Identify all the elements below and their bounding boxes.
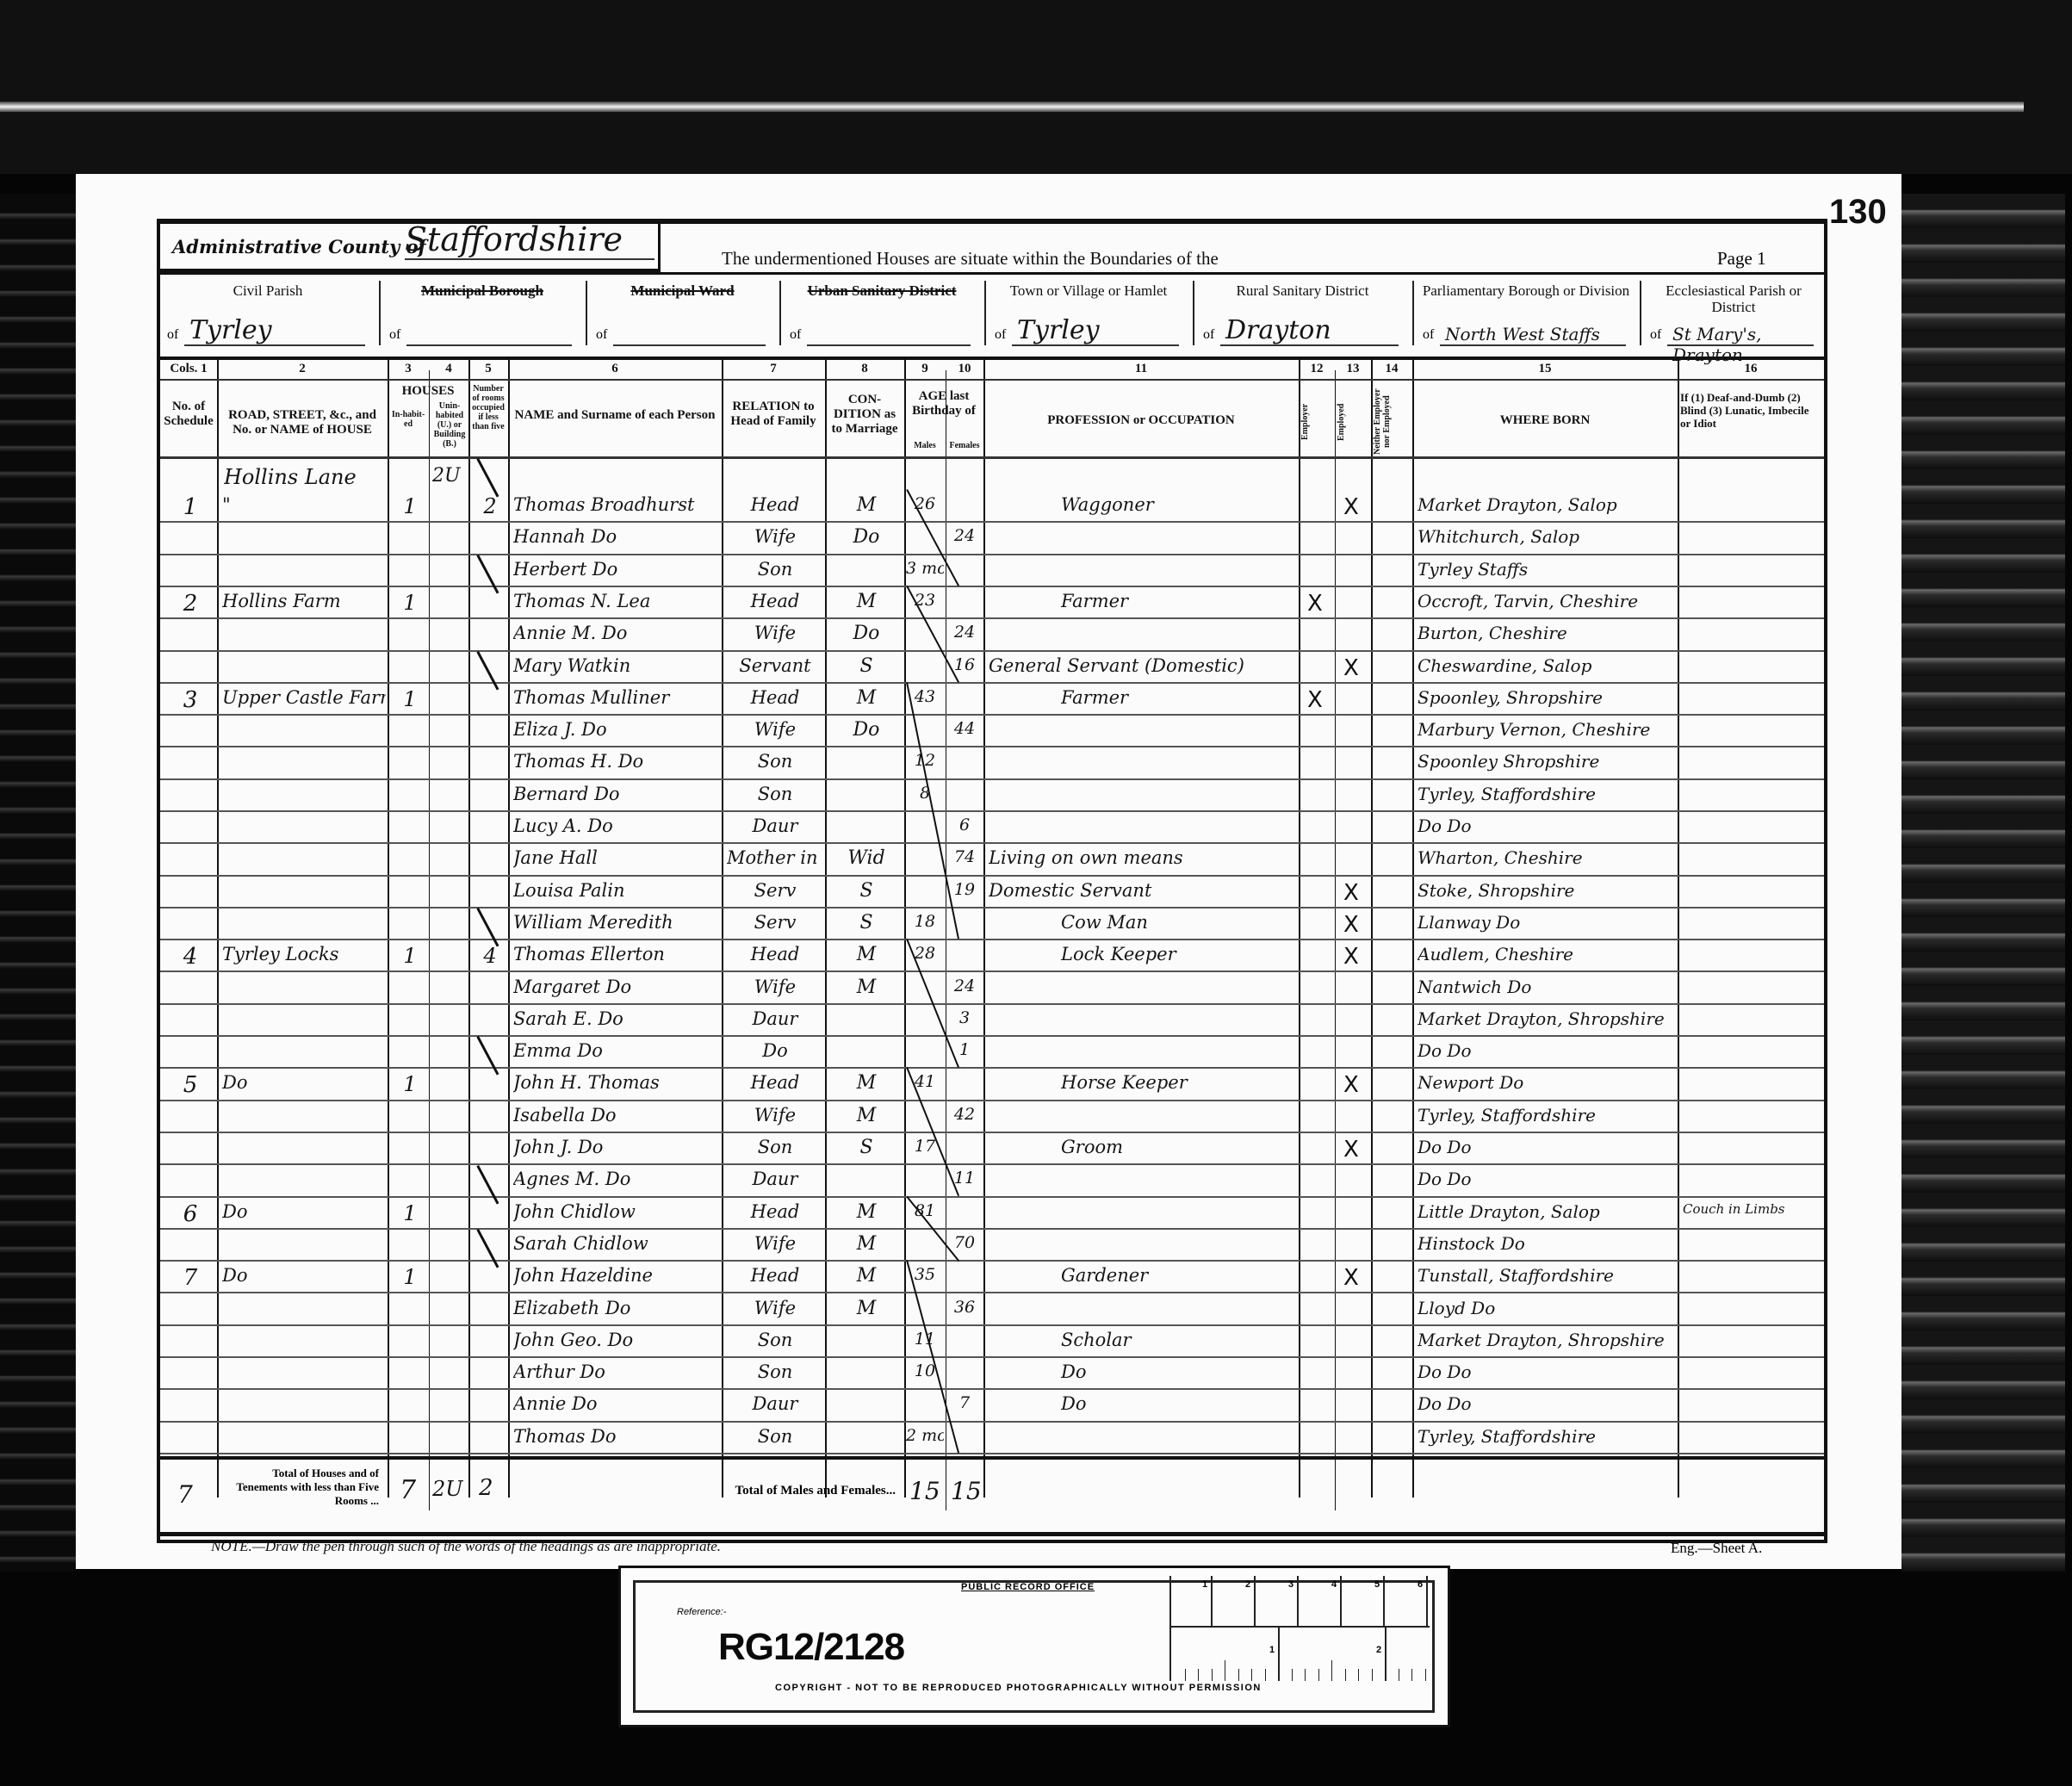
- ruler-minor-tick: [1372, 1669, 1373, 1681]
- ruler-cm-tick: [1383, 1576, 1385, 1626]
- film-highlight-line: [0, 102, 2024, 112]
- totals-inhabited: 7: [400, 1475, 416, 1505]
- row-rule: [160, 1132, 1824, 1133]
- division-value: Tyrley: [189, 315, 374, 345]
- row-rule: [160, 1453, 1824, 1454]
- cell-where-born: Do Do: [1418, 1040, 1676, 1061]
- folio-number: 130: [1829, 193, 1887, 232]
- row-rule: [160, 1260, 1824, 1262]
- cell-female-age: 70: [947, 1233, 982, 1252]
- cell-female-age: 19: [947, 880, 982, 899]
- column-number: 15: [1412, 362, 1678, 376]
- row-rule: [160, 810, 1824, 812]
- ruler-cm-label: 4: [1331, 1579, 1337, 1590]
- cell-road: Do: [222, 1265, 386, 1286]
- cell-condition: S: [830, 1137, 903, 1158]
- employment-mark-employed: X: [1343, 1137, 1359, 1163]
- row-rule: [160, 1421, 1824, 1423]
- column-header-condition: CON-DITION as to Marriage: [828, 393, 902, 437]
- cell-occupation: Farmer: [1061, 591, 1297, 611]
- column-number: 16: [1678, 362, 1824, 376]
- cell-where-born: Audlem, Cheshire: [1418, 944, 1676, 964]
- division-label: Ecclesiastical Parish or District: [1647, 282, 1821, 315]
- division-of-label: of: [790, 327, 801, 343]
- column-rule: [508, 357, 510, 1498]
- ruler-minor-tick: [1212, 1669, 1213, 1681]
- row-rule: [160, 714, 1824, 716]
- cell-relation: Head: [727, 1265, 823, 1286]
- totals-males: 15: [909, 1477, 940, 1505]
- ruler-minor-tick: [1292, 1669, 1293, 1681]
- employment-mark-employed: X: [1343, 655, 1359, 681]
- cell-name: Emma Do: [513, 1040, 720, 1061]
- employment-mark-employed: X: [1343, 880, 1359, 906]
- ruler-minor-tick: [1198, 1669, 1199, 1681]
- ruler-minor-tick: [1345, 1669, 1346, 1681]
- cell-name: Thomas Ellerton: [513, 944, 720, 964]
- column-rule-thin: [1335, 370, 1336, 1510]
- row-rule: [160, 682, 1824, 684]
- cell-occupation: Living on own means: [989, 847, 1297, 868]
- row-rule: [160, 842, 1824, 844]
- cell-relation: Wife: [727, 1105, 823, 1126]
- totals-bottom-rule: [160, 1532, 1824, 1536]
- cell-inhabited: 1: [393, 1072, 427, 1096]
- division-divider: [1640, 281, 1641, 345]
- cell-male-age: 3 mo: [906, 559, 944, 578]
- cell-name: William Meredith: [513, 912, 720, 933]
- cell-where-born: Burton, Cheshire: [1418, 623, 1676, 643]
- totals-schedules: 7: [177, 1480, 193, 1509]
- cell-where-born: Do Do: [1418, 1169, 1676, 1189]
- cell-male-age: 8: [906, 784, 944, 803]
- column-number: Cols. 1: [160, 362, 217, 376]
- column-number: 14: [1371, 362, 1412, 376]
- cell-female-age: 3: [947, 1008, 982, 1027]
- division-label: Municipal Ward: [592, 282, 772, 299]
- cell-where-born: Do Do: [1418, 815, 1676, 836]
- cell-occupation: Horse Keeper: [1061, 1072, 1297, 1093]
- cell-road: Do: [222, 1201, 386, 1222]
- cell-where-born: Do Do: [1418, 1361, 1676, 1382]
- cell-name: Thomas Do: [513, 1426, 720, 1447]
- county-label: Administrative County of: [172, 236, 426, 257]
- cell-name: Thomas Mulliner: [513, 687, 720, 708]
- cell-male-age: 2 mo: [906, 1426, 944, 1445]
- cell-where-born: Tyrley, Staffordshire: [1418, 1426, 1676, 1447]
- cell-where-born: Do Do: [1418, 1393, 1676, 1414]
- totals-uninhabited: 2U: [432, 1477, 463, 1501]
- ruler-minor-tick: [1238, 1669, 1239, 1681]
- cell-relation: Serv: [727, 912, 823, 933]
- cell-where-born: Little Drayton, Salop: [1418, 1201, 1676, 1222]
- cell-relation: Mother in Law: [727, 847, 823, 868]
- cell-condition: M: [830, 1233, 903, 1255]
- column-number: 8: [825, 362, 904, 376]
- cell-where-born: Llanway Do: [1418, 912, 1676, 933]
- division-underline: [613, 344, 766, 346]
- cell-rooms: 2: [474, 494, 506, 518]
- cell-name: Margaret Do: [513, 977, 720, 997]
- ruler-cm-tick: [1211, 1576, 1213, 1626]
- ruler-cm-label: 1: [1202, 1579, 1207, 1590]
- cell-female-age: 36: [947, 1298, 982, 1317]
- cell-name: Isabella Do: [513, 1105, 720, 1126]
- column-rule: [1371, 357, 1373, 1498]
- cell-occupation: Do: [1061, 1393, 1297, 1414]
- column-header-name: NAME and Surname of each Person: [511, 408, 719, 423]
- division-divider: [379, 281, 381, 345]
- cell-inhabited: 1: [393, 494, 427, 518]
- cell-where-born: Tyrley, Staffordshire: [1418, 784, 1676, 804]
- column-rule: [722, 357, 723, 1498]
- cell-name: Annie Do: [513, 1393, 720, 1414]
- cell-occupation: Cow Man: [1061, 912, 1297, 933]
- column-header-employed: Employed: [1337, 388, 1369, 456]
- cell-occupation: Scholar: [1061, 1330, 1297, 1350]
- cell-name: Agnes M. Do: [513, 1169, 720, 1189]
- cell-name: Sarah E. Do: [513, 1008, 720, 1029]
- ruler-cm-label: 6: [1418, 1579, 1423, 1590]
- cell-condition: M: [830, 1105, 903, 1126]
- division-value: Drayton: [1225, 315, 1407, 345]
- cell-relation: Wife: [727, 1298, 823, 1318]
- cell-relation: Head: [727, 494, 823, 515]
- ruler-minor-tick: [1411, 1669, 1412, 1681]
- cell-schedule: 7: [165, 1265, 215, 1291]
- division-underline: [807, 344, 971, 346]
- cell-relation: Daur: [727, 815, 823, 836]
- ruler-minor-tick: [1358, 1669, 1359, 1681]
- cell-relation: Serv: [727, 880, 823, 901]
- header-rule: [160, 379, 1824, 381]
- employment-mark-employed: X: [1343, 912, 1359, 938]
- division-label: Municipal Borough: [386, 282, 579, 299]
- street-name: Hollins Lane: [224, 465, 357, 489]
- column-rule: [1412, 357, 1414, 1498]
- column-rule: [217, 357, 219, 1498]
- employment-mark-employed: X: [1343, 944, 1359, 970]
- cell-inhabited: 1: [393, 1201, 427, 1225]
- division-divider: [586, 281, 587, 345]
- column-header-relation: RELATION to Head of Family: [724, 400, 822, 429]
- cell-condition: M: [830, 1072, 903, 1094]
- cell-name: Herbert Do: [513, 559, 720, 580]
- cell-relation: Son: [727, 751, 823, 772]
- cell-name: John J. Do: [513, 1137, 720, 1157]
- cell-name: Annie M. Do: [513, 623, 720, 643]
- ruler-cm-tick: [1297, 1576, 1299, 1626]
- ruler-cm-tick: [1340, 1576, 1342, 1626]
- cell-where-born: Whitchurch, Salop: [1418, 526, 1676, 547]
- row-rule: [160, 907, 1824, 909]
- page-label: Page 1: [1717, 248, 1766, 270]
- uninhabited-count: 2U: [432, 465, 461, 487]
- employment-mark-employed: X: [1343, 1072, 1359, 1098]
- column-number: 7: [722, 362, 825, 376]
- cell-condition: M: [830, 687, 903, 709]
- column-header-road: ROAD, STREET, &c., and No. or NAME of HO…: [220, 408, 385, 437]
- cell-schedule: 4: [165, 944, 215, 970]
- cell-road: Hollins Farm: [222, 591, 386, 611]
- footer-note: NOTE.—Draw the pen through such of the w…: [211, 1538, 721, 1555]
- row-rule: [160, 971, 1824, 972]
- cell-relation: Daur: [727, 1008, 823, 1029]
- division-divider: [1193, 281, 1194, 345]
- cell-condition: M: [830, 591, 903, 612]
- cell-occupation: Lock Keeper: [1061, 944, 1297, 964]
- cell-name: Sarah Chidlow: [513, 1233, 720, 1254]
- cell-occupation: Domestic Servant: [989, 880, 1297, 901]
- cell-where-born: Newport Do: [1418, 1072, 1676, 1093]
- ruler-cm-tick: [1426, 1576, 1428, 1626]
- cell-name: John Chidlow: [513, 1201, 720, 1222]
- row-rule: [160, 1163, 1824, 1165]
- row-rule: [160, 1388, 1824, 1390]
- row-rule: [160, 939, 1824, 940]
- ruler-minor-tick: [1318, 1669, 1319, 1681]
- column-header-occupation: PROFESSION or OCCUPATION: [986, 413, 1296, 428]
- cell-condition: M: [830, 977, 903, 998]
- column-header-females: Females: [946, 441, 983, 450]
- row-rule: [160, 1356, 1824, 1358]
- cell-schedule: 5: [165, 1072, 215, 1098]
- division-divider: [984, 281, 986, 345]
- cell-occupation: General Servant (Domestic): [989, 655, 1297, 676]
- cell-female-age: 74: [947, 847, 982, 866]
- film-edge-top: [0, 0, 2072, 174]
- cell-female-age: 24: [947, 526, 982, 545]
- cell-schedule: 3: [165, 687, 215, 713]
- column-header-sched: No. of Schedule: [163, 400, 214, 429]
- intro-text: The undermentioned Houses are situate wi…: [722, 248, 1219, 270]
- totals-houses-label: Total of Houses and of Tenements with le…: [224, 1467, 379, 1508]
- ruler-inch-label: 2: [1376, 1645, 1381, 1655]
- cell-name: John H. Thomas: [513, 1072, 720, 1093]
- row-rule: [160, 1228, 1824, 1230]
- division-of-label: of: [167, 327, 178, 343]
- division-of-label: of: [596, 327, 607, 343]
- cell-relation: Do: [727, 1040, 823, 1061]
- cell-relation: Daur: [727, 1393, 823, 1414]
- division-value: Tyrley: [1017, 315, 1188, 345]
- cell-relation: Wife: [727, 526, 823, 547]
- cell-occupation: Waggoner: [1061, 494, 1297, 515]
- cell-occupation: Groom: [1061, 1137, 1297, 1157]
- cell-where-born: Lloyd Do: [1418, 1298, 1676, 1318]
- cell-where-born: Market Drayton, Shropshire: [1418, 1008, 1676, 1029]
- cell-relation: Wife: [727, 977, 823, 997]
- column-number: 4: [429, 362, 468, 376]
- cell-name: Bernard Do: [513, 784, 720, 804]
- cell-relation: Wife: [727, 719, 823, 740]
- column-rule-thin: [429, 370, 430, 1510]
- cell-condition: M: [830, 1201, 903, 1223]
- cell-name: Thomas N. Lea: [513, 591, 720, 611]
- ruler-minor-tick: [1265, 1669, 1266, 1681]
- column-number: 12: [1299, 362, 1335, 376]
- cell-inhabited: 1: [393, 944, 427, 968]
- row-rule: [160, 1067, 1824, 1069]
- division-underline: [1440, 344, 1626, 346]
- column-rule: [1678, 357, 1679, 1498]
- column-number: 9: [904, 362, 946, 376]
- cell-road: Tyrley Locks: [222, 944, 386, 964]
- cell-condition: Do: [830, 526, 903, 548]
- cell-relation: Head: [727, 1201, 823, 1222]
- cell-where-born: Occroft, Tarvin, Cheshire: [1418, 591, 1676, 611]
- row-rule: [160, 1324, 1824, 1326]
- ruler-minor-tick: [1305, 1669, 1306, 1681]
- header-bottom-rule: [160, 456, 1824, 459]
- cell-road: ": [222, 494, 386, 515]
- ruler-minor-tick: [1225, 1660, 1225, 1681]
- division-label: Parliamentary Borough or Division: [1419, 282, 1633, 299]
- totals-persons-label: Total of Males and Females...: [611, 1484, 896, 1498]
- row-rule: [160, 521, 1824, 523]
- cell-where-born: Cheswardine, Salop: [1418, 655, 1676, 676]
- cell-schedule: 1: [165, 494, 215, 520]
- column-header-uninhabited: Unin-habited (U.) or Building (B.): [431, 401, 468, 449]
- ruler-minor-tick: [1278, 1660, 1279, 1681]
- cell-relation: Son: [727, 1361, 823, 1382]
- cell-road: Do: [222, 1072, 386, 1093]
- cell-female-age: 7: [947, 1393, 982, 1412]
- cell-name: Eliza J. Do: [513, 719, 720, 740]
- ruler-minor-tick: [1399, 1669, 1399, 1681]
- cell-name: Louisa Palin: [513, 880, 720, 901]
- cell-name: Jane Hall: [513, 847, 720, 868]
- cell-name: Thomas Broadhurst: [513, 494, 720, 515]
- cell-relation: Head: [727, 687, 823, 708]
- cell-name: John Hazeldine: [513, 1265, 720, 1286]
- cell-male-age: 18: [906, 912, 944, 931]
- cell-where-born: Market Drayton, Salop: [1418, 494, 1676, 515]
- employment-mark-employed: X: [1343, 1265, 1359, 1291]
- cell-where-born: Tunstall, Staffordshire: [1418, 1265, 1676, 1286]
- cell-female-age: 6: [947, 815, 982, 834]
- row-rule: [160, 1003, 1824, 1005]
- column-rule: [983, 357, 985, 1498]
- row-rule: [160, 554, 1824, 555]
- cell-where-born: Marbury Vernon, Cheshire: [1418, 719, 1676, 740]
- cell-relation: Son: [727, 559, 823, 580]
- employment-mark-employer: X: [1307, 591, 1323, 617]
- cell-schedule: 2: [165, 591, 215, 617]
- film-edge-right: [1901, 194, 2065, 1572]
- cell-inhabited: 1: [393, 1265, 427, 1289]
- row-rule: [160, 1100, 1824, 1101]
- sheet-label: Eng.—Sheet A.: [1671, 1540, 1762, 1557]
- reference-label: Reference:-: [677, 1607, 726, 1617]
- cell-condition: S: [830, 880, 903, 902]
- column-header-males: Males: [904, 441, 946, 450]
- division-label: Civil Parish: [164, 282, 372, 299]
- cell-condition: Wid: [830, 847, 903, 869]
- cell-relation: Head: [727, 944, 823, 964]
- cell-condition: M: [830, 944, 903, 965]
- totals-rooms: 2: [479, 1475, 493, 1501]
- cell-where-born: Hinstock Do: [1418, 1233, 1676, 1254]
- cell-infirmity: Couch in Limbs: [1683, 1201, 1822, 1217]
- cell-name: Arthur Do: [513, 1361, 720, 1382]
- column-number: 11: [983, 362, 1299, 376]
- cell-schedule: 6: [165, 1201, 215, 1227]
- column-header-houses: HOUSES: [388, 384, 468, 399]
- row-rule: [160, 875, 1824, 877]
- cell-relation: Son: [727, 1330, 823, 1350]
- row-rule: [160, 746, 1824, 747]
- ruler-minor-tick: [1185, 1669, 1186, 1681]
- division-of-label: of: [1423, 327, 1434, 343]
- row-rule: [160, 1035, 1824, 1037]
- cell-name: Thomas H. Do: [513, 751, 720, 772]
- ruler-inch-label: 1: [1269, 1645, 1275, 1655]
- cell-condition: S: [830, 912, 903, 933]
- cell-where-born: Tyrley Staffs: [1418, 559, 1676, 580]
- totals-top-rule: [160, 1456, 1824, 1460]
- column-rule-thin: [946, 370, 946, 1510]
- division-label: Town or Village or Hamlet: [991, 282, 1186, 299]
- cell-name: Lucy A. Do: [513, 815, 720, 836]
- cell-relation: Daur: [727, 1169, 823, 1189]
- row-rule: [160, 586, 1824, 587]
- cell-relation: Son: [727, 1137, 823, 1157]
- column-header-where_born: WHERE BORN: [1415, 413, 1675, 428]
- employment-mark-employed: X: [1343, 494, 1359, 520]
- ruler-minor-tick: [1251, 1669, 1252, 1681]
- cell-female-age: 24: [947, 623, 982, 642]
- cell-inhabited: 1: [393, 687, 427, 711]
- column-number: 13: [1335, 362, 1371, 376]
- cell-where-born: Nantwich Do: [1418, 977, 1676, 997]
- cell-relation: Son: [727, 784, 823, 804]
- cell-condition: Do: [830, 719, 903, 741]
- column-header-neither: Neither Employer nor Employed: [1373, 388, 1405, 456]
- cell-relation: Head: [727, 591, 823, 611]
- ruler-cm-label: 2: [1245, 1579, 1250, 1590]
- ruler-minor-tick: [1385, 1660, 1386, 1681]
- cell-female-age: 42: [947, 1105, 982, 1124]
- reference-code: RG12/2128: [718, 1626, 904, 1669]
- division-divider: [779, 281, 781, 345]
- division-of-label: of: [995, 327, 1006, 343]
- row-rule: [160, 650, 1824, 652]
- cell-inhabited: 1: [393, 591, 427, 615]
- ruler-minor-tick: [1425, 1669, 1426, 1681]
- column-rule: [825, 357, 827, 1498]
- division-of-label: of: [389, 327, 400, 343]
- cell-occupation: Farmer: [1061, 687, 1297, 708]
- cell-relation: Wife: [727, 1233, 823, 1254]
- row-rule: [160, 1292, 1824, 1293]
- cell-female-age: 24: [947, 977, 982, 995]
- division-value: St Mary's, Drayton: [1672, 324, 1822, 365]
- cell-condition: M: [830, 1298, 903, 1319]
- cell-occupation: Do: [1061, 1361, 1297, 1382]
- column-number: 10: [946, 362, 983, 376]
- cell-relation: Head: [727, 1072, 823, 1093]
- cell-name: Hannah Do: [513, 526, 720, 547]
- column-header-inhabited: In-habit-ed: [389, 410, 427, 429]
- cell-where-born: Spoonley Shropshire: [1418, 751, 1676, 772]
- division-of-label: of: [1203, 327, 1214, 343]
- row-rule: [160, 778, 1824, 780]
- column-number: 3: [388, 362, 429, 376]
- column-rule: [388, 357, 389, 1498]
- cell-where-born: Market Drayton, Shropshire: [1418, 1330, 1676, 1350]
- ruler-divider: [1171, 1626, 1430, 1628]
